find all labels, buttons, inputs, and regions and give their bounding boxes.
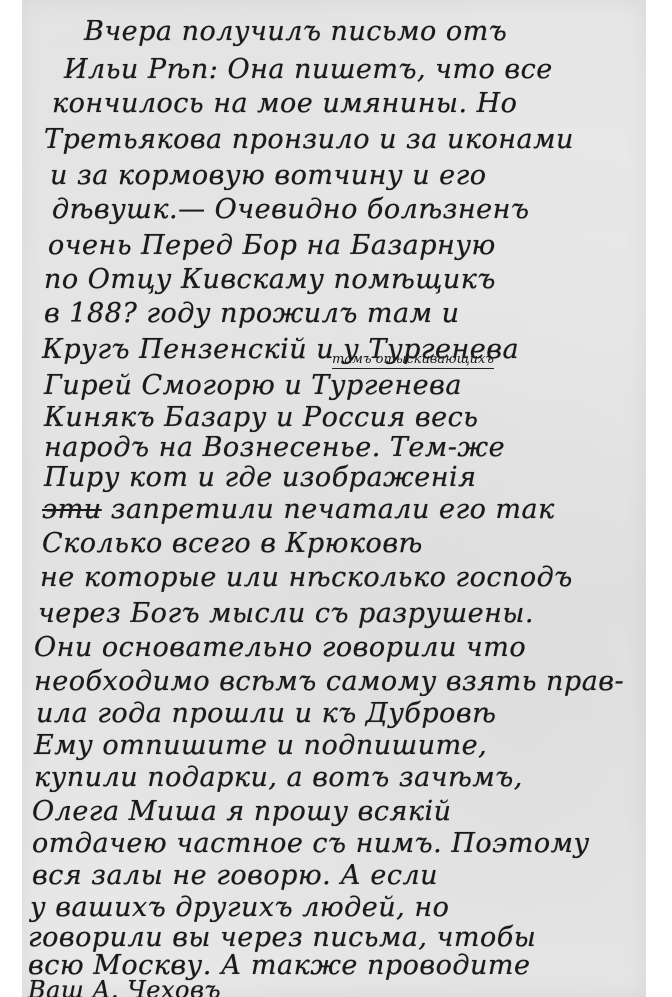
handwritten-line: народъ на Вознесенье. Тем-же: [44, 432, 505, 463]
handwritten-line: Ильи Рѣп: Она пишетъ, что все: [64, 54, 553, 85]
handwritten-line: говорили вы через письма, чтобы: [28, 922, 536, 953]
handwritten-line: необходимо всѣмъ самому взять прав-: [34, 666, 624, 697]
handwritten-line: Гирей Смогорю и Тургенева: [44, 370, 462, 401]
line-text: запретили печатали его так: [111, 494, 555, 525]
handwritten-line: эти запретили печатали его так: [42, 494, 555, 525]
struck-word: эти: [42, 494, 102, 525]
signature: Ваш А. Чеховъ: [28, 976, 221, 997]
handwritten-line: по Отцу Кивскаму помѣщикъ: [44, 264, 496, 295]
handwritten-line: Сколько всего в Крюковѣ: [42, 528, 423, 559]
interlinear-insertion: тамъ отыскивающихъ: [332, 352, 494, 369]
handwritten-line: у вашихъ другихъ людей, но: [30, 892, 449, 923]
handwritten-line: и за кормовую вотчину и его: [50, 160, 487, 191]
handwritten-line: Третьякова пронзило и за иконами: [44, 124, 574, 155]
handwritten-line: Кинякъ Базару и Россия весь: [44, 402, 478, 433]
letter-page: Вчера получилъ письмо отъ Ильи Рѣп: Она …: [22, 0, 646, 997]
handwritten-line: кончилось на мое имянины. Но: [52, 88, 517, 119]
handwritten-line: очень Перед Бор на Базарную: [48, 230, 496, 261]
handwritten-line: Олега Миша я прошу всякій: [32, 796, 452, 827]
handwritten-line: купили подарки, а вотъ зачѣмъ,: [34, 762, 523, 793]
handwritten-line: Они основательно говорили что: [34, 632, 526, 663]
handwritten-line: отдачею частное съ нимъ. Поэтому: [32, 828, 590, 859]
handwritten-line: Пиру кот и где изображенія: [44, 462, 477, 493]
handwritten-line: в 188? году прожилъ там и: [44, 298, 459, 329]
handwritten-line: не которые или нѣсколько господъ: [40, 562, 573, 593]
handwritten-line: вся залы не говорю. А если: [32, 860, 438, 891]
handwritten-line: дѣвушк.— Очевидно болѣзненъ: [52, 194, 529, 225]
handwritten-line: Ему отпишите и подпишите,: [34, 730, 487, 761]
handwritten-line: Вчера получилъ письмо отъ: [84, 16, 507, 47]
handwritten-line: ила года прошли и къ Дубровѣ: [36, 698, 496, 729]
handwritten-line: через Богъ мысли съ разрушены.: [38, 598, 534, 629]
